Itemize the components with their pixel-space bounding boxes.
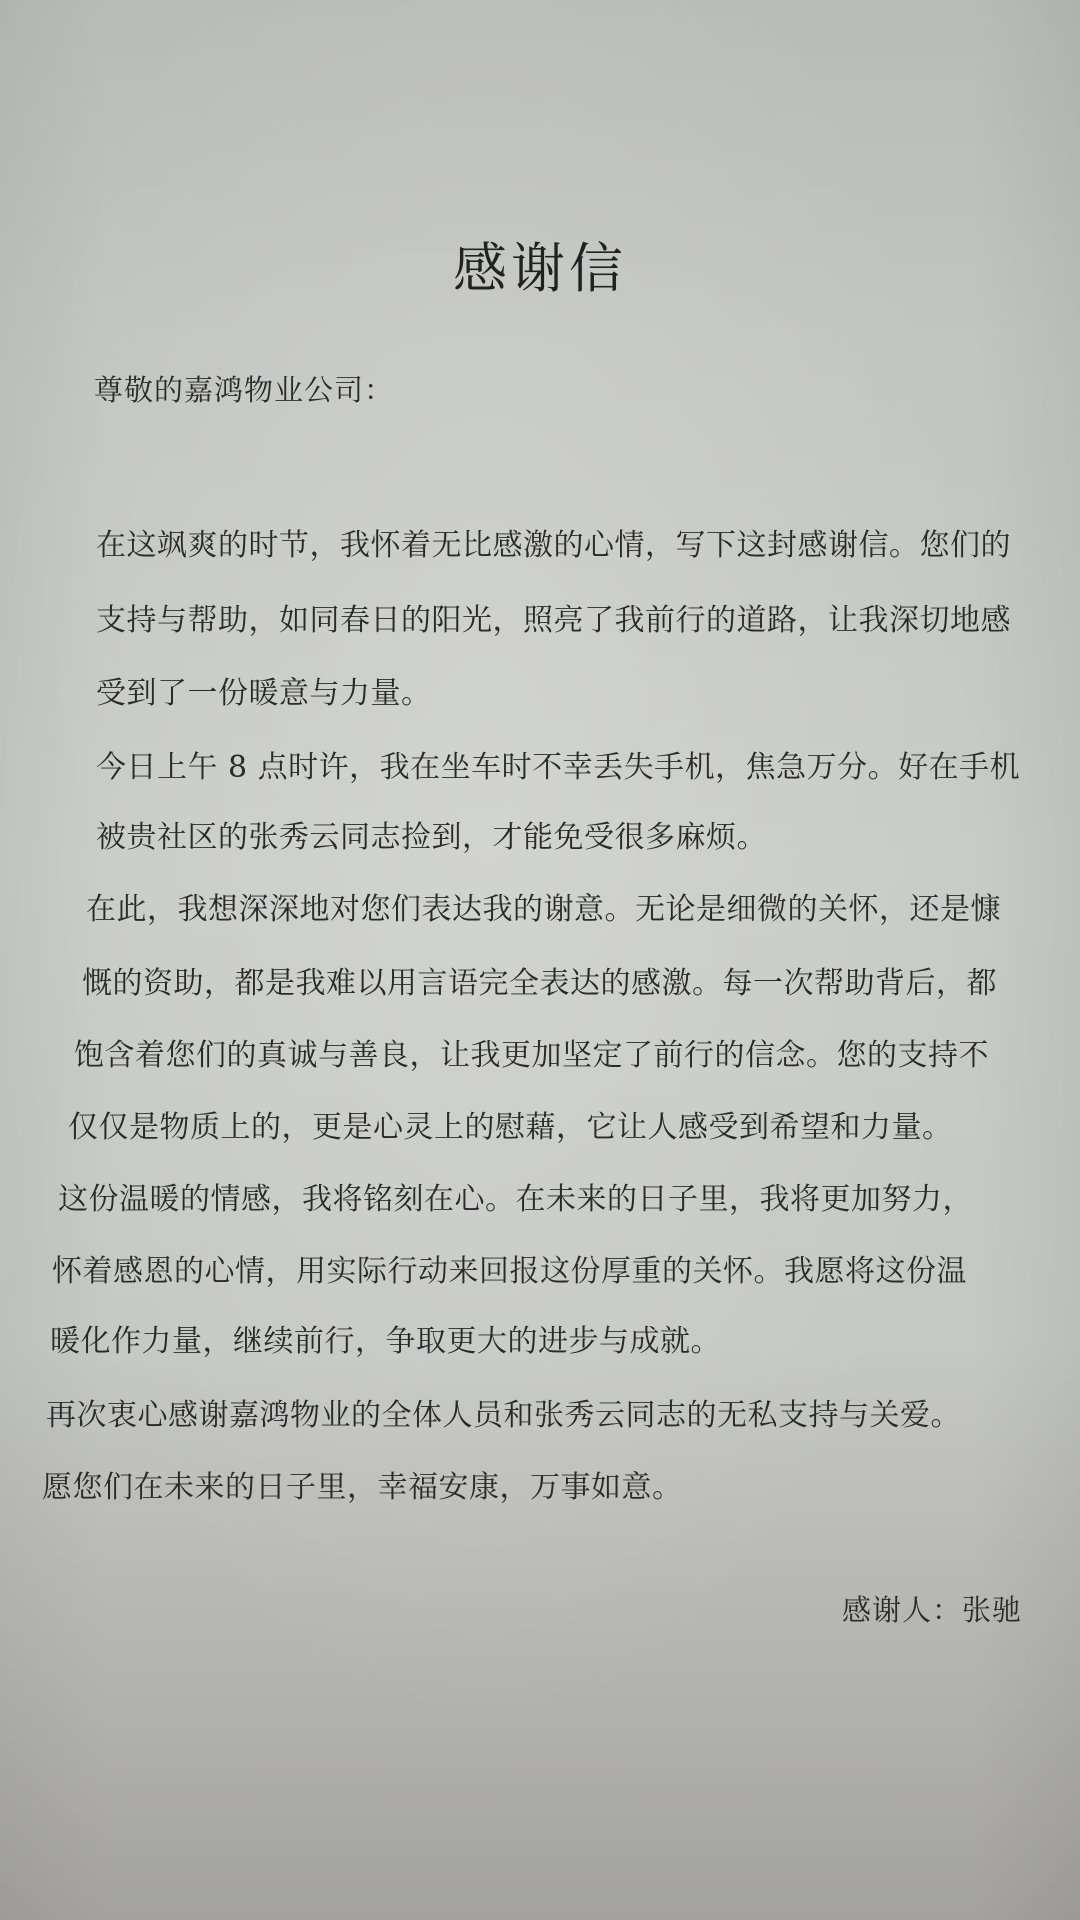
letter-line: 受到了一份暖意与力量。 [96, 668, 432, 712]
thank-you-letter: 感谢信 尊敬的嘉鸿物业公司： 在这飒爽的时节，我怀着无比感激的心情，写下这封感谢… [0, 0, 1080, 1920]
letter-line: 在此，我想深深地对您们表达我的谢意。无论是细微的关怀，还是慷 [86, 884, 1001, 928]
letter-line: 愿您们在未来的日子里，幸福安康，万事如意。 [42, 1462, 683, 1506]
letter-line: 饱含着您们的真诚与善良，让我更加坚定了前行的信念。您的支持不 [74, 1030, 989, 1074]
letter-line: 支持与帮助，如同春日的阳光，照亮了我前行的道路，让我深切地感 [96, 595, 1011, 639]
letter-salutation: 尊敬的嘉鸿物业公司： [94, 368, 394, 409]
letter-line: 在这飒爽的时节，我怀着无比感激的心情，写下这封感谢信。您们的 [96, 520, 1011, 564]
letter-line: 这份温暖的情感，我将铭刻在心。在未来的日子里，我将更加努力， [58, 1174, 973, 1218]
letter-line: 慨的资助，都是我难以用言语完全表达的感激。每一次帮助背后，都 [82, 958, 997, 1002]
letter-line: 暖化作力量，继续前行，争取更大的进步与成就。 [50, 1316, 721, 1360]
letter-line: 今日上午 8 点时许，我在坐车时不幸丢失手机，焦急万分。好在手机 [96, 742, 1020, 786]
letter-line: 仅仅是物质上的，更是心灵上的慰藉，它让人感受到希望和力量。 [68, 1102, 953, 1146]
letter-title: 感谢信 [0, 226, 1080, 303]
letter-line: 被贵社区的张秀云同志捡到，才能免受很多麻烦。 [96, 812, 767, 856]
letter-line: 再次衷心感谢嘉鸿物业的全体人员和张秀云同志的无私支持与关爱。 [46, 1390, 961, 1434]
letter-line: 怀着感恩的心情，用实际行动来回报这份厚重的关怀。我愿将这份温 [52, 1246, 967, 1290]
letter-signature: 感谢人：张驰 [842, 1588, 1022, 1629]
